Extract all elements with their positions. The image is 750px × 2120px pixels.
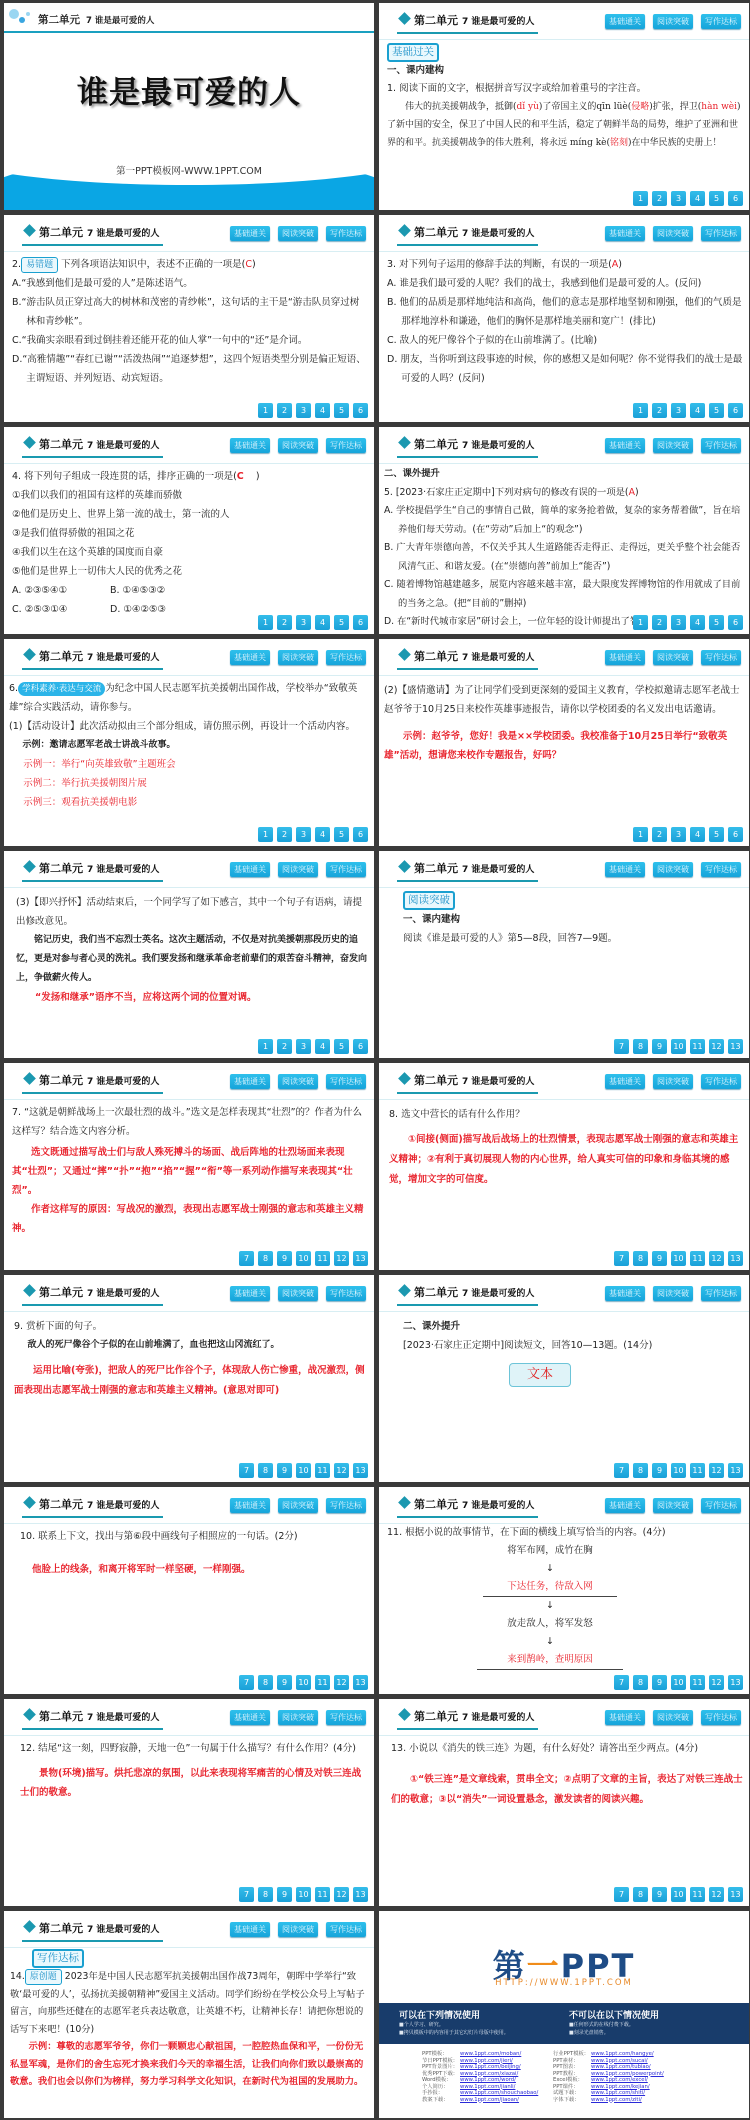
unit-label: 第二单元	[414, 1074, 458, 1087]
page-13-button[interactable]: 13	[353, 1251, 368, 1266]
page-8-button[interactable]: 8	[633, 1039, 648, 1054]
page-12-button[interactable]: 12	[334, 1463, 349, 1478]
arrow-down-icon: ↓	[379, 1560, 743, 1578]
unit-label: 第二单元	[39, 226, 83, 239]
page-7-button[interactable]: 7	[614, 1675, 629, 1690]
page-11-button[interactable]: 11	[690, 1251, 705, 1266]
question-stem: 1. 阅读下面的文字，根据拼音写汉字或给加着重号的字注音。	[387, 80, 743, 98]
nav-reading-button[interactable]: 阅读突破	[278, 226, 318, 241]
nav-writing-button[interactable]: 写作达标	[701, 226, 741, 241]
slide-q3[interactable]: 第二单元7 谁是最可爱的人 基础通关阅读突破写作达标 3. 对下列句子运用的修辞…	[379, 215, 749, 422]
unit-label: 第二单元	[39, 1710, 83, 1723]
nav-reading-button[interactable]: 阅读突破	[278, 438, 318, 453]
page-10-button[interactable]: 10	[671, 1039, 686, 1054]
slide-header: 第二单元7 谁是最可爱的人 基础通关阅读突破写作达标	[4, 639, 374, 676]
page-12-button[interactable]: 12	[709, 1887, 724, 1902]
page-1-button[interactable]: 1	[258, 403, 273, 418]
lesson-label: 7 谁是最可爱的人	[87, 441, 159, 451]
answer: 他脸上的线条，和离开将军时一样坚硬，一样刚强。	[20, 1560, 368, 1579]
unit-label: 第二单元	[39, 1922, 83, 1935]
page-6-button[interactable]: 6	[353, 827, 368, 842]
page-4-button[interactable]: 4	[690, 827, 705, 842]
slide-header: 第二单元7 谁是最可爱的人 基础通关阅读突破写作达标	[4, 1911, 374, 1948]
nav-reading-button[interactable]: 阅读突破	[278, 1074, 318, 1089]
page-10-button[interactable]: 10	[296, 1887, 311, 1902]
nav-reading-button[interactable]: 阅读突破	[653, 1710, 693, 1725]
slide-q6-1[interactable]: 第二单元7 谁是最可爱的人 基础通关阅读突破写作达标 6.学科素养·表达与交流为…	[4, 639, 374, 846]
option-b: B. 他们的品质是那样地纯洁和高尚，他们的意志是那样地坚韧和刚强，他们的气质是那…	[387, 293, 743, 331]
option-a: A. ②③⑤④①	[12, 581, 110, 600]
nav-reading-button[interactable]: 阅读突破	[278, 862, 318, 877]
slide-header: 第二单元7 谁是最可爱的人 基础通关阅读突破写作达标	[379, 1699, 749, 1736]
nav-writing-button[interactable]: 写作达标	[326, 1922, 366, 1937]
option-b: B. 广大青年崇德向善，不仅关乎其人生道路能否走得正、走得远，更关乎整个社会能否…	[384, 539, 743, 576]
nav-basics-button[interactable]: 基础通关	[230, 650, 270, 665]
page-6-button[interactable]: 6	[353, 403, 368, 418]
slide-q2[interactable]: 第二单元7 谁是最可爱的人 基础通关阅读突破写作达标 2.易错题 下列各项语法知…	[4, 215, 374, 422]
page-7-button[interactable]: 7	[239, 1887, 254, 1902]
nav-reading-button[interactable]: 阅读突破	[653, 438, 693, 453]
nav-basics-button[interactable]: 基础通关	[230, 1074, 270, 1089]
slide-q9[interactable]: 第二单元7 谁是最可爱的人 基础通关阅读突破写作达标 9. 赏析下面的句子。 敌…	[4, 1275, 374, 1482]
nav-writing-button[interactable]: 写作达标	[701, 14, 741, 29]
page-12-button[interactable]: 12	[709, 1039, 724, 1054]
page-2-button[interactable]: 2	[652, 615, 667, 630]
unit-label: 第二单元	[414, 226, 458, 239]
nav-reading-button[interactable]: 阅读突破	[653, 1074, 693, 1089]
option-c: C. ②⑤③①④	[12, 600, 110, 619]
question-stem: 4. 将下列句子组成一段连贯的话，排序正确的一项是(C )	[12, 467, 368, 486]
answer: ①“铁三连”是文章线索，贯串全文；②点明了文章的主旨，表达了对铁三连战士们的敬意…	[391, 1770, 743, 1810]
page-10-button[interactable]: 10	[296, 1463, 311, 1478]
lesson-label: 7 谁是最可爱的人	[462, 1077, 534, 1087]
page-4-button[interactable]: 4	[315, 615, 330, 630]
diamond-icon	[23, 860, 36, 873]
page-10-button[interactable]: 10	[296, 1251, 311, 1266]
page-13-button[interactable]: 13	[353, 1675, 368, 1690]
nav-basics-button[interactable]: 基础通关	[230, 438, 270, 453]
page-12-button[interactable]: 12	[709, 1463, 724, 1478]
page-11-button[interactable]: 11	[690, 1039, 705, 1054]
question-stem: 7. “这就是朝鲜战场上一次最壮烈的战斗。”选文是怎样表现其“壮烈”的？作者为什…	[12, 1103, 368, 1141]
breadcrumb: 第二单元7 谁是最可爱的人	[22, 860, 163, 882]
page-10-button[interactable]: 10	[671, 1675, 686, 1690]
sentence-5: ⑤他们是世界上一切伟大人民的优秀之花	[12, 562, 368, 581]
page-11-button[interactable]: 11	[315, 1887, 330, 1902]
unit-label: 第二单元	[39, 1286, 83, 1299]
page-1-button[interactable]: 1	[258, 1039, 273, 1054]
nav-basics-button[interactable]: 基础通关	[605, 650, 645, 665]
slide-ending[interactable]: 第一PPT HTTP://WWW.1PPT.COM 可以在下列情况使用 ■个人学…	[379, 1911, 749, 2118]
nav-writing-button[interactable]: 写作达标	[326, 1498, 366, 1513]
lesson-label: 7 谁是最可爱的人	[87, 229, 159, 239]
page-3-button[interactable]: 3	[671, 191, 686, 206]
slide-extra-reading[interactable]: 第二单元7 谁是最可爱的人 基础通关阅读突破写作达标 二、课外提升 [2023·…	[379, 1275, 749, 1482]
section-tag[interactable]: 基础过关	[387, 43, 439, 62]
option-d: D. ①④②⑤③	[110, 604, 166, 615]
page-4-button[interactable]: 4	[690, 615, 705, 630]
page-13-button[interactable]: 13	[728, 1887, 743, 1902]
page-13-button[interactable]: 13	[728, 1675, 743, 1690]
page-2-button[interactable]: 2	[277, 1039, 292, 1054]
slide-q12[interactable]: 第二单元7 谁是最可爱的人 基础通关阅读突破写作达标 12. 结尾“这一刻，四野…	[4, 1699, 374, 1906]
breadcrumb: 第二单元7 谁是最可爱的人	[397, 436, 538, 458]
nav-basics-button[interactable]: 基础通关	[605, 1498, 645, 1513]
flow-step-2-answer: 下达任务，待敌入网	[483, 1578, 617, 1597]
pager: 78910111213	[239, 1251, 368, 1266]
nav-basics-button[interactable]: 基础通关	[605, 1710, 645, 1725]
slide-q4[interactable]: 第二单元7 谁是最可爱的人 基础通关阅读突破写作达标 4. 将下列句子组成一段连…	[4, 427, 374, 634]
slide-header: 第二单元7 谁是最可爱的人 基础通关阅读突破写作达标	[4, 1487, 374, 1524]
sentence-4: ④我们以生在这个英雄的国度而自豪	[12, 543, 368, 562]
unit-label: 第二单元	[414, 14, 458, 27]
slide-header: 第二单元7 谁是最可爱的人 基础通关阅读突破写作达标	[379, 639, 749, 676]
breadcrumb: 第二单元7 谁是最可爱的人	[22, 648, 163, 670]
page-9-button[interactable]: 9	[277, 1675, 292, 1690]
page-8-button[interactable]: 8	[633, 1463, 648, 1478]
page-12-button[interactable]: 12	[709, 1675, 724, 1690]
nav-basics-button[interactable]: 基础通关	[230, 226, 270, 241]
nav-basics-button[interactable]: 基础通关	[230, 1710, 270, 1725]
nav-reading-button[interactable]: 阅读突破	[653, 862, 693, 877]
slide-reading-intro[interactable]: 第二单元7 谁是最可爱的人 基础通关阅读突破写作达标 阅读突破 一、课内建构 阅…	[379, 851, 749, 1058]
answer-1: 选文既通过描写战士们与敌人殊死搏斗的场面、战后阵地的壮烈场面来表现其“壮烈”；又…	[12, 1143, 368, 1200]
answer: 景物(环境)描写。烘托悲凉的氛围，以此来表现将军痛苦的心情及对铁三连战士们的敬意…	[20, 1764, 368, 1802]
nav-writing-button[interactable]: 写作达标	[701, 650, 741, 665]
page-5-button[interactable]: 5	[709, 615, 724, 630]
page-3-button[interactable]: 3	[671, 403, 686, 418]
pager: 123456	[258, 1039, 368, 1054]
lesson-label: 7 谁是最可爱的人	[87, 1289, 159, 1299]
nav-writing-button[interactable]: 写作达标	[326, 1074, 366, 1089]
diamond-icon	[398, 648, 411, 661]
page-3-button[interactable]: 3	[671, 827, 686, 842]
question-stem: 10. 联系上下文，找出与第⑥段中画线句子相照应的一句话。(2分)	[20, 1527, 368, 1546]
unit-label: 第二单元	[414, 1286, 458, 1299]
nav-basics-button[interactable]: 基础通关	[230, 1286, 270, 1301]
pager: 123456	[633, 403, 743, 418]
page-6-button[interactable]: 6	[353, 615, 368, 630]
lesson-label: 7 谁是最可爱的人	[462, 441, 534, 451]
page-5-button[interactable]: 5	[709, 827, 724, 842]
slide-q7[interactable]: 第二单元7 谁是最可爱的人 基础通关阅读突破写作达标 7. “这就是朝鲜战场上一…	[4, 1063, 374, 1270]
nav-reading-button[interactable]: 阅读突破	[278, 1286, 318, 1301]
page-13-button[interactable]: 13	[728, 1463, 743, 1478]
link[interactable]: www.1ppt.com/jiaoan/	[460, 2097, 519, 2104]
page-12-button[interactable]: 12	[334, 1675, 349, 1690]
page-13-button[interactable]: 13	[353, 1463, 368, 1478]
diamond-icon	[23, 648, 36, 661]
question-stem: 9. 赏析下面的句子。	[14, 1317, 368, 1336]
page-6-button[interactable]: 6	[728, 827, 743, 842]
pager: 123456	[633, 615, 743, 630]
page-9-button[interactable]: 9	[277, 1887, 292, 1902]
section-tag[interactable]: 阅读突破	[403, 891, 455, 910]
nav-basics-button[interactable]: 基础通关	[605, 1286, 645, 1301]
page-6-button[interactable]: 6	[728, 615, 743, 630]
page-3-button[interactable]: 3	[296, 1039, 311, 1054]
breadcrumb: 第二单元7 谁是最可爱的人	[397, 648, 538, 670]
nav-reading-button[interactable]: 阅读突破	[653, 1286, 693, 1301]
page-8-button[interactable]: 8	[633, 1887, 648, 1902]
page-9-button[interactable]: 9	[652, 1675, 667, 1690]
slide-q10[interactable]: 第二单元7 谁是最可爱的人 基础通关阅读突破写作达标 10. 联系上下文，找出与…	[4, 1487, 374, 1694]
answer-2: 作者这样写的原因：写战况的激烈，表现出志愿军战士刚强的意志和英雄主义精神。	[12, 1200, 368, 1238]
page-1-button[interactable]: 1	[258, 827, 273, 842]
option-d: D.“高雅情趣”“春红已谢”“活泼热闹”“追逐梦想”，这四个短语类型分别是偏正短…	[12, 350, 368, 388]
diamond-icon	[398, 860, 411, 873]
nav-reading-button[interactable]: 阅读突破	[653, 226, 693, 241]
nav-writing-button[interactable]: 写作达标	[701, 1710, 741, 1725]
diamond-icon	[23, 1072, 36, 1085]
page-8-button[interactable]: 8	[258, 1463, 273, 1478]
page-8-button[interactable]: 8	[258, 1675, 273, 1690]
page-6-button[interactable]: 6	[728, 191, 743, 206]
nav-writing-button[interactable]: 写作达标	[701, 862, 741, 877]
nav-reading-button[interactable]: 阅读突破	[278, 1710, 318, 1725]
option-c: C. 敌人的死尸像谷个子似的在山前堆满了。(比喻)	[387, 331, 743, 350]
page-7-button[interactable]: 7	[239, 1251, 254, 1266]
nav-writing-button[interactable]: 写作达标	[701, 1498, 741, 1513]
page-2-button[interactable]: 2	[277, 827, 292, 842]
lesson-label: 7 谁是最可爱的人	[462, 1501, 534, 1511]
page-9-button[interactable]: 9	[277, 1251, 292, 1266]
page-3-button[interactable]: 3	[296, 403, 311, 418]
page-11-button[interactable]: 11	[315, 1675, 330, 1690]
slide-grid: 第二单元7 谁是最可爱的人 谁是最可爱的人 第一PPT模板网-WWW.1PPT.…	[0, 0, 750, 2120]
pager: 123456	[633, 191, 743, 206]
tag-original: 原创题	[25, 1969, 62, 1985]
nav-reading-button[interactable]: 阅读突破	[278, 1922, 318, 1937]
instruction: 阅读《谁是最可爱的人》第5—8段，回答7—9题。	[403, 929, 743, 948]
option-b: B. ①④⑤③②	[110, 585, 165, 596]
nav-writing-button[interactable]: 写作达标	[326, 650, 366, 665]
unit-label: 第二单元	[414, 1710, 458, 1723]
page-12-button[interactable]: 12	[334, 1251, 349, 1266]
page-5-button[interactable]: 5	[334, 403, 349, 418]
nav-writing-button[interactable]: 写作达标	[326, 226, 366, 241]
page-7-button[interactable]: 7	[239, 1675, 254, 1690]
page-3-button[interactable]: 3	[296, 615, 311, 630]
slide-q14-writing[interactable]: 第二单元7 谁是最可爱的人 基础通关阅读突破写作达标 写作达标 14.原创题 2…	[4, 1911, 374, 2118]
page-12-button[interactable]: 12	[709, 1251, 724, 1266]
page-8-button[interactable]: 8	[258, 1251, 273, 1266]
page-9-button[interactable]: 9	[652, 1039, 667, 1054]
nav-writing-button[interactable]: 写作达标	[701, 1074, 741, 1089]
unit-label: 第二单元	[39, 650, 83, 663]
question-stem: 3. 对下列句子运用的修辞手法的判断，有误的一项是(A)	[387, 255, 743, 274]
option-a: A. 谁是我们最可爱的人呢？我们的战士，我感到他们是最可爱的人。(反问)	[387, 274, 743, 293]
unit-label: 第二单元	[38, 14, 80, 26]
sentence-3: ③是我们值得骄傲的祖国之花	[12, 524, 368, 543]
section-tag[interactable]: 写作达标	[32, 1949, 84, 1968]
answer-2: 示例二：举行抗美援朝图片展	[9, 774, 368, 793]
page-8-button[interactable]: 8	[633, 1251, 648, 1266]
page-1-button[interactable]: 1	[633, 615, 648, 630]
page-8-button[interactable]: 8	[633, 1675, 648, 1690]
slide-q11[interactable]: 第二单元7 谁是最可爱的人 基础通关阅读突破写作达标 11. 根据小说的故事情节…	[379, 1487, 749, 1694]
nav-basics-button[interactable]: 基础通关	[605, 862, 645, 877]
page-1-button[interactable]: 1	[633, 191, 648, 206]
sentence-1: ①我们以我们的祖国有这样的英雄而骄傲	[12, 486, 368, 505]
instruction: [2023·石家庄正定期中]阅读短文，回答10—13题。(14分)	[403, 1336, 743, 1355]
nav-basics-button[interactable]: 基础通关	[605, 14, 645, 29]
page-10-button[interactable]: 10	[671, 1463, 686, 1478]
page-5-button[interactable]: 5	[334, 615, 349, 630]
unit-label: 第二单元	[414, 862, 458, 875]
page-6-button[interactable]: 6	[728, 403, 743, 418]
page-9-button[interactable]: 9	[652, 1463, 667, 1478]
slide-header: 第二单元7 谁是最可爱的人 基础通关阅读突破写作达标	[4, 1699, 374, 1736]
arrow-down-icon: ↓	[379, 1597, 743, 1615]
nav-writing-button[interactable]: 写作达标	[326, 862, 366, 877]
slide-q6-3[interactable]: 第二单元7 谁是最可爱的人 基础通关阅读突破写作达标 (3)【即兴抒怀】活动结束…	[4, 851, 374, 1058]
unit-label: 第二单元	[39, 1074, 83, 1087]
cannot-use-title: 不可以在以下情况使用	[569, 2008, 659, 2021]
answer-3: 示例三：观看抗美援朝电影	[9, 793, 368, 812]
slide-q1[interactable]: 第二单元7 谁是最可爱的人 基础通关阅读突破写作达标 基础过关 一、课内建构 1…	[379, 3, 749, 210]
page-8-button[interactable]: 8	[258, 1887, 273, 1902]
page-13-button[interactable]: 13	[728, 1251, 743, 1266]
arrow-down-icon: ↓	[379, 1633, 743, 1651]
links-right: 行业PPT模板：www.1ppt.com/hangye/ PPT素材：www.1…	[553, 2051, 664, 2103]
nav-reading-button[interactable]: 阅读突破	[653, 650, 693, 665]
page-1-button[interactable]: 1	[633, 827, 648, 842]
slide-q5[interactable]: 第二单元7 谁是最可爱的人 基础通关阅读突破写作达标 二、课外提升 5. [20…	[379, 427, 749, 634]
nav-reading-button[interactable]: 阅读突破	[278, 650, 318, 665]
page-2-button[interactable]: 2	[652, 403, 667, 418]
nav-basics-button[interactable]: 基础通关	[230, 862, 270, 877]
page-5-button[interactable]: 5	[709, 403, 724, 418]
pager: 123456	[258, 403, 368, 418]
nav-reading-button[interactable]: 阅读突破	[653, 14, 693, 29]
page-6-button[interactable]: 6	[353, 1039, 368, 1054]
page-13-button[interactable]: 13	[728, 1039, 743, 1054]
breadcrumb: 第二单元7 谁是最可爱的人	[22, 224, 163, 246]
page-2-button[interactable]: 2	[652, 827, 667, 842]
nav-writing-button[interactable]: 写作达标	[701, 1286, 741, 1301]
page-4-button[interactable]: 4	[690, 403, 705, 418]
diamond-icon	[23, 1920, 36, 1933]
breadcrumb: 第二单元7 谁是最可爱的人	[397, 12, 538, 34]
page-2-button[interactable]: 2	[277, 615, 292, 630]
page-9-button[interactable]: 9	[277, 1463, 292, 1478]
nav-basics-button[interactable]: 基础通关	[230, 1498, 270, 1513]
breadcrumb: 第二单元7 谁是最可爱的人	[22, 1496, 163, 1518]
breadcrumb: 第二单元7 谁是最可爱的人	[22, 1072, 163, 1094]
lesson-label: 7 谁是最可爱的人	[462, 229, 534, 239]
slide-title[interactable]: 第二单元7 谁是最可爱的人 谁是最可爱的人 第一PPT模板网-WWW.1PPT.…	[4, 3, 374, 210]
unit-label: 第二单元	[414, 438, 458, 451]
page-11-button[interactable]: 11	[315, 1463, 330, 1478]
page-3-button[interactable]: 3	[296, 827, 311, 842]
nav-basics-button[interactable]: 基础通关	[605, 1074, 645, 1089]
page-2-button[interactable]: 2	[652, 191, 667, 206]
page-5-button[interactable]: 5	[334, 1039, 349, 1054]
link[interactable]: www.1ppt.com/ziti/	[591, 2097, 642, 2104]
question-stem: (2)【盛情邀请】为了让同学们受到更深刻的爱国主义教育，学校拟邀请志愿军老战士赵…	[384, 681, 743, 719]
question-stem: 12. 结尾“这一刻，四野寂静，天地一色”一句属于什么描写？有什么作用？(4分)	[20, 1739, 368, 1758]
page-4-button[interactable]: 4	[315, 403, 330, 418]
page-7-button[interactable]: 7	[239, 1463, 254, 1478]
text-link-button[interactable]: 文本	[509, 1363, 571, 1387]
page-9-button[interactable]: 9	[652, 1887, 667, 1902]
title-header: 第二单元7 谁是最可爱的人	[4, 3, 374, 33]
breadcrumb: 第二单元7 谁是最可爱的人	[22, 1920, 163, 1942]
page-7-button[interactable]: 7	[614, 1463, 629, 1478]
page-11-button[interactable]: 11	[690, 1675, 705, 1690]
nav-basics-button[interactable]: 基础通关	[605, 226, 645, 241]
usage-band: 可以在下列情况使用 ■个人学习、研究。 ■拷贝模板中的内容用于其它幻灯片母版中使…	[379, 2003, 749, 2044]
page-11-button[interactable]: 11	[690, 1887, 705, 1902]
page-1-button[interactable]: 1	[633, 403, 648, 418]
page-7-button[interactable]: 7	[614, 1887, 629, 1902]
nav-basics-button[interactable]: 基础通关	[605, 438, 645, 453]
option-a: A.“我感到他们是最可爱的人”是陈述语气。	[12, 274, 368, 293]
page-9-button[interactable]: 9	[652, 1251, 667, 1266]
nav-writing-button[interactable]: 写作达标	[701, 438, 741, 453]
slide-header: 第二单元7 谁是最可爱的人 基础通关阅读突破写作达标	[4, 1063, 374, 1100]
page-2-button[interactable]: 2	[277, 403, 292, 418]
slide-q8[interactable]: 第二单元7 谁是最可爱的人 基础通关阅读突破写作达标 8. 选文中营长的话有什么…	[379, 1063, 749, 1270]
page-4-button[interactable]: 4	[315, 1039, 330, 1054]
slide-header: 第二单元7 谁是最可爱的人 基础通关阅读突破写作达标	[379, 1063, 749, 1100]
page-10-button[interactable]: 10	[671, 1251, 686, 1266]
answer-1: 示例一：举行“向英雄致敬”主题班会	[9, 755, 368, 774]
diamond-icon	[23, 436, 36, 449]
question-stem: 11. 根据小说的故事情节，在下面的横线上填写恰当的内容。(4分)	[387, 1523, 743, 1542]
pager: 78910111213	[614, 1463, 743, 1478]
page-7-button[interactable]: 7	[614, 1251, 629, 1266]
page-11-button[interactable]: 11	[690, 1463, 705, 1478]
page-11-button[interactable]: 11	[315, 1251, 330, 1266]
diamond-icon	[23, 224, 36, 237]
page-5-button[interactable]: 5	[334, 827, 349, 842]
slide-q6-2[interactable]: 第二单元7 谁是最可爱的人 基础通关阅读突破写作达标 (2)【盛情邀请】为了让同…	[379, 639, 749, 846]
pager: 123456	[258, 827, 368, 842]
option-c: C. 随着博物馆越建越多，展览内容越来越丰富，最大限度发挥博物馆的作用就成了目前…	[384, 576, 743, 613]
page-3-button[interactable]: 3	[671, 615, 686, 630]
slide-q13[interactable]: 第二单元7 谁是最可爱的人 基础通关阅读突破写作达标 13. 小说以《消失的铁三…	[379, 1699, 749, 1906]
option-d: D. 朋友，当你听到这段事迹的时候，你的感想又是如何呢？你不觉得我们的战士是最可…	[387, 350, 743, 388]
lesson-label: 7 谁是最可爱的人	[87, 1713, 159, 1723]
site-watermark: 第一PPT模板网-WWW.1PPT.COM	[4, 163, 374, 177]
page-1-button[interactable]: 1	[258, 615, 273, 630]
page-12-button[interactable]: 12	[334, 1887, 349, 1902]
nav-writing-button[interactable]: 写作达标	[326, 438, 366, 453]
question-stem: 13. 小说以《消失的铁三连》为题，有什么好处？请答出至少两点。(4分)	[391, 1739, 743, 1758]
nav-reading-button[interactable]: 阅读突破	[278, 1498, 318, 1513]
lesson-label: 7 谁是最可爱的人	[87, 865, 159, 875]
cannot-use-item: ■任何形式的在线付费下载。	[569, 2021, 659, 2029]
page-4-button[interactable]: 4	[690, 191, 705, 206]
page-5-button[interactable]: 5	[709, 191, 724, 206]
page-13-button[interactable]: 13	[353, 1887, 368, 1902]
unit-label: 第二单元	[414, 650, 458, 663]
page-7-button[interactable]: 7	[614, 1039, 629, 1054]
section-heading: 一、课内建构	[403, 910, 743, 929]
nav-writing-button[interactable]: 写作达标	[326, 1710, 366, 1725]
nav-basics-button[interactable]: 基础通关	[230, 1922, 270, 1937]
nav-writing-button[interactable]: 写作达标	[326, 1286, 366, 1301]
page-10-button[interactable]: 10	[296, 1675, 311, 1690]
page-4-button[interactable]: 4	[315, 827, 330, 842]
nav-reading-button[interactable]: 阅读突破	[653, 1498, 693, 1513]
sub-question: (1)【活动设计】此次活动拟由三个部分组成，请仿照示例，再设计一个活动内容。	[9, 717, 368, 736]
page-10-button[interactable]: 10	[671, 1887, 686, 1902]
answer: C	[237, 471, 244, 482]
pager: 78910111213	[614, 1039, 743, 1054]
